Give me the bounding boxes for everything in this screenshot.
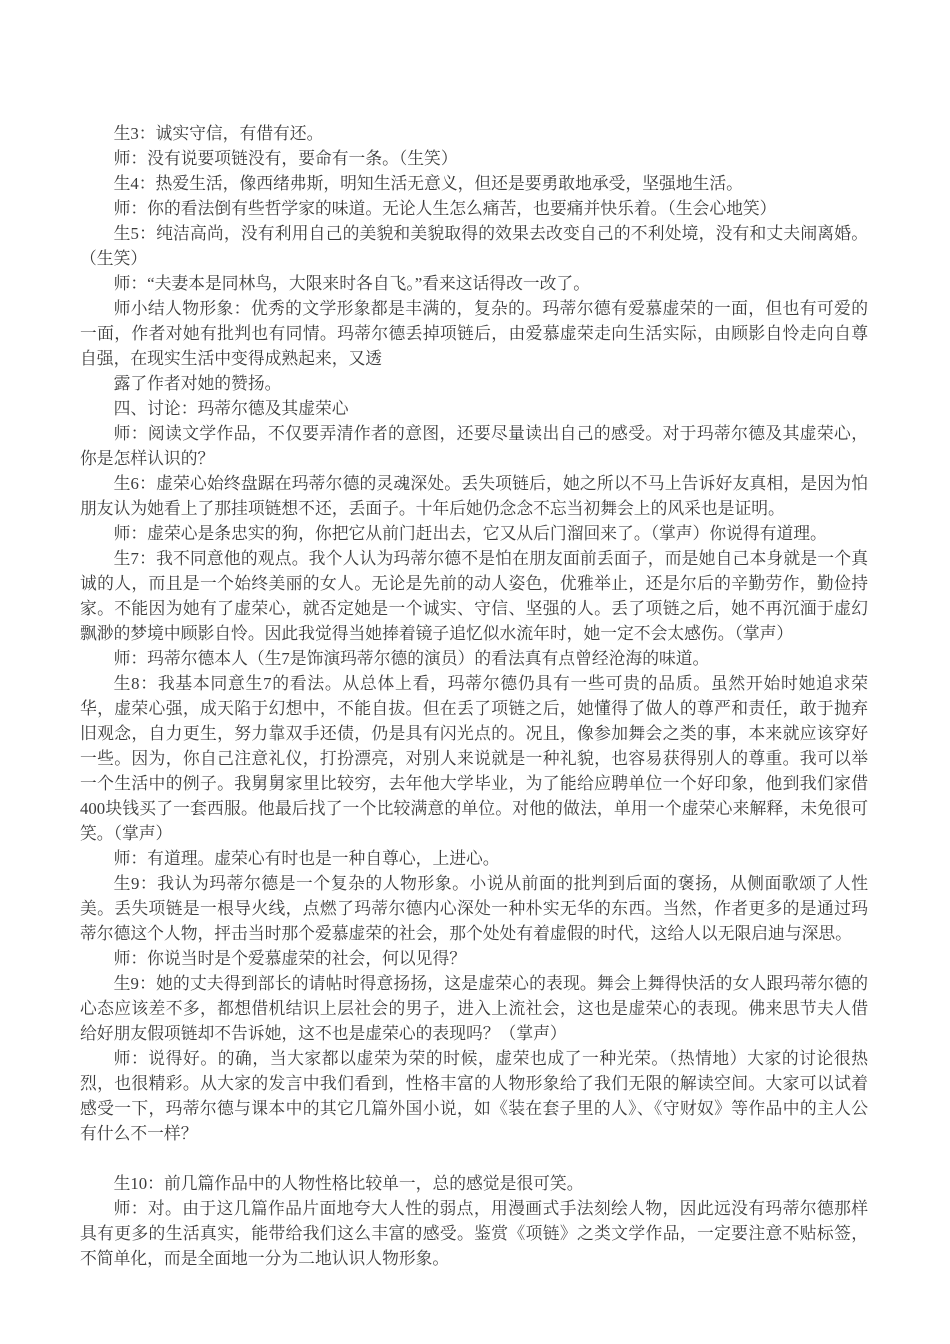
teacher-paragraph: 师小结人物形象：优秀的文学形象都是丰满的，复杂的。玛蒂尔德有爱慕虚荣的一面，但也… [80,296,868,371]
document-body: 生3：诚实守信，有借有还。师：没有说要项链没有，要命有一条。（生笑）生4：热爱生… [80,121,868,1271]
student-paragraph: 生3：诚实守信，有借有还。 [80,121,868,146]
teacher-paragraph: 师：有道理。虚荣心有时也是一种自尊心，上进心。 [80,846,868,871]
document-page: 生3：诚实守信，有借有还。师：没有说要项链没有，要命有一条。（生笑）生4：热爱生… [0,0,950,1344]
teacher-paragraph: 师：玛蒂尔德本人（生7是饰演玛蒂尔德的演员）的看法真有点曾经沧海的味道。 [80,646,868,671]
teacher-paragraph: 师：你说当时是个爱慕虚荣的社会，何以见得？ [80,946,868,971]
section-heading: 四、讨论：玛蒂尔德及其虚荣心 [80,396,868,421]
student-paragraph: 生10：前几篇作品中的人物性格比较单一，总的感觉是很可笑。 [80,1171,868,1196]
teacher-paragraph: 师：你的看法倒有些哲学家的味道。无论人生怎么痛苦，也要痛并快乐着。（生会心地笑） [80,196,868,221]
student-paragraph: 生8：我基本同意生7的看法。从总体上看，玛蒂尔德仍具有一些可贵的品质。虽然开始时… [80,671,868,846]
student-paragraph: 生9：我认为玛蒂尔德是一个复杂的人物形象。小说从前面的批判到后面的褒扬，从侧面歌… [80,871,868,946]
student-paragraph: 生6：虚荣心始终盘踞在玛蒂尔德的灵魂深处。丢失项链后，她之所以不马上告诉好友真相… [80,471,868,521]
teacher-paragraph: 师：“夫妻本是同林鸟，大限来时各自飞。”看来这话得改一改了。 [80,271,868,296]
teacher-paragraph: 师：虚荣心是条忠实的狗，你把它从前门赶出去，它又从后门溜回来了。（掌声）你说得有… [80,521,868,546]
student-paragraph: 生4：热爱生活，像西绪弗斯，明知生活无意义，但还是要勇敢地承受，坚强地生活。 [80,171,868,196]
student-paragraph: 生5：纯洁高尚，没有利用自己的美貌和美貌取得的效果去改变自己的不利处境，没有和丈… [80,221,868,271]
teacher-paragraph: 师：说得好。的确，当大家都以虚荣为荣的时候，虚荣也成了一种光荣。（热情地）大家的… [80,1046,868,1146]
student-paragraph: 生9：她的丈夫得到部长的请帖时得意扬扬，这是虚荣心的表现。舞会上舞得快活的女人跟… [80,971,868,1046]
teacher-paragraph: 师：对。由于这几篇作品片面地夸大人性的弱点，用漫画式手法刻绘人物，因此远没有玛蒂… [80,1196,868,1271]
teacher-paragraph: 露了作者对她的赞扬。 [80,371,868,396]
blank-line [80,1146,868,1171]
teacher-paragraph: 师：没有说要项链没有，要命有一条。（生笑） [80,146,868,171]
teacher-paragraph: 师：阅读文学作品，不仅要弄清作者的意图，还要尽量读出自己的感受。对于玛蒂尔德及其… [80,421,868,471]
student-paragraph: 生7：我不同意他的观点。我个人认为玛蒂尔德不是怕在朋友面前丢面子，而是她自己本身… [80,546,868,646]
